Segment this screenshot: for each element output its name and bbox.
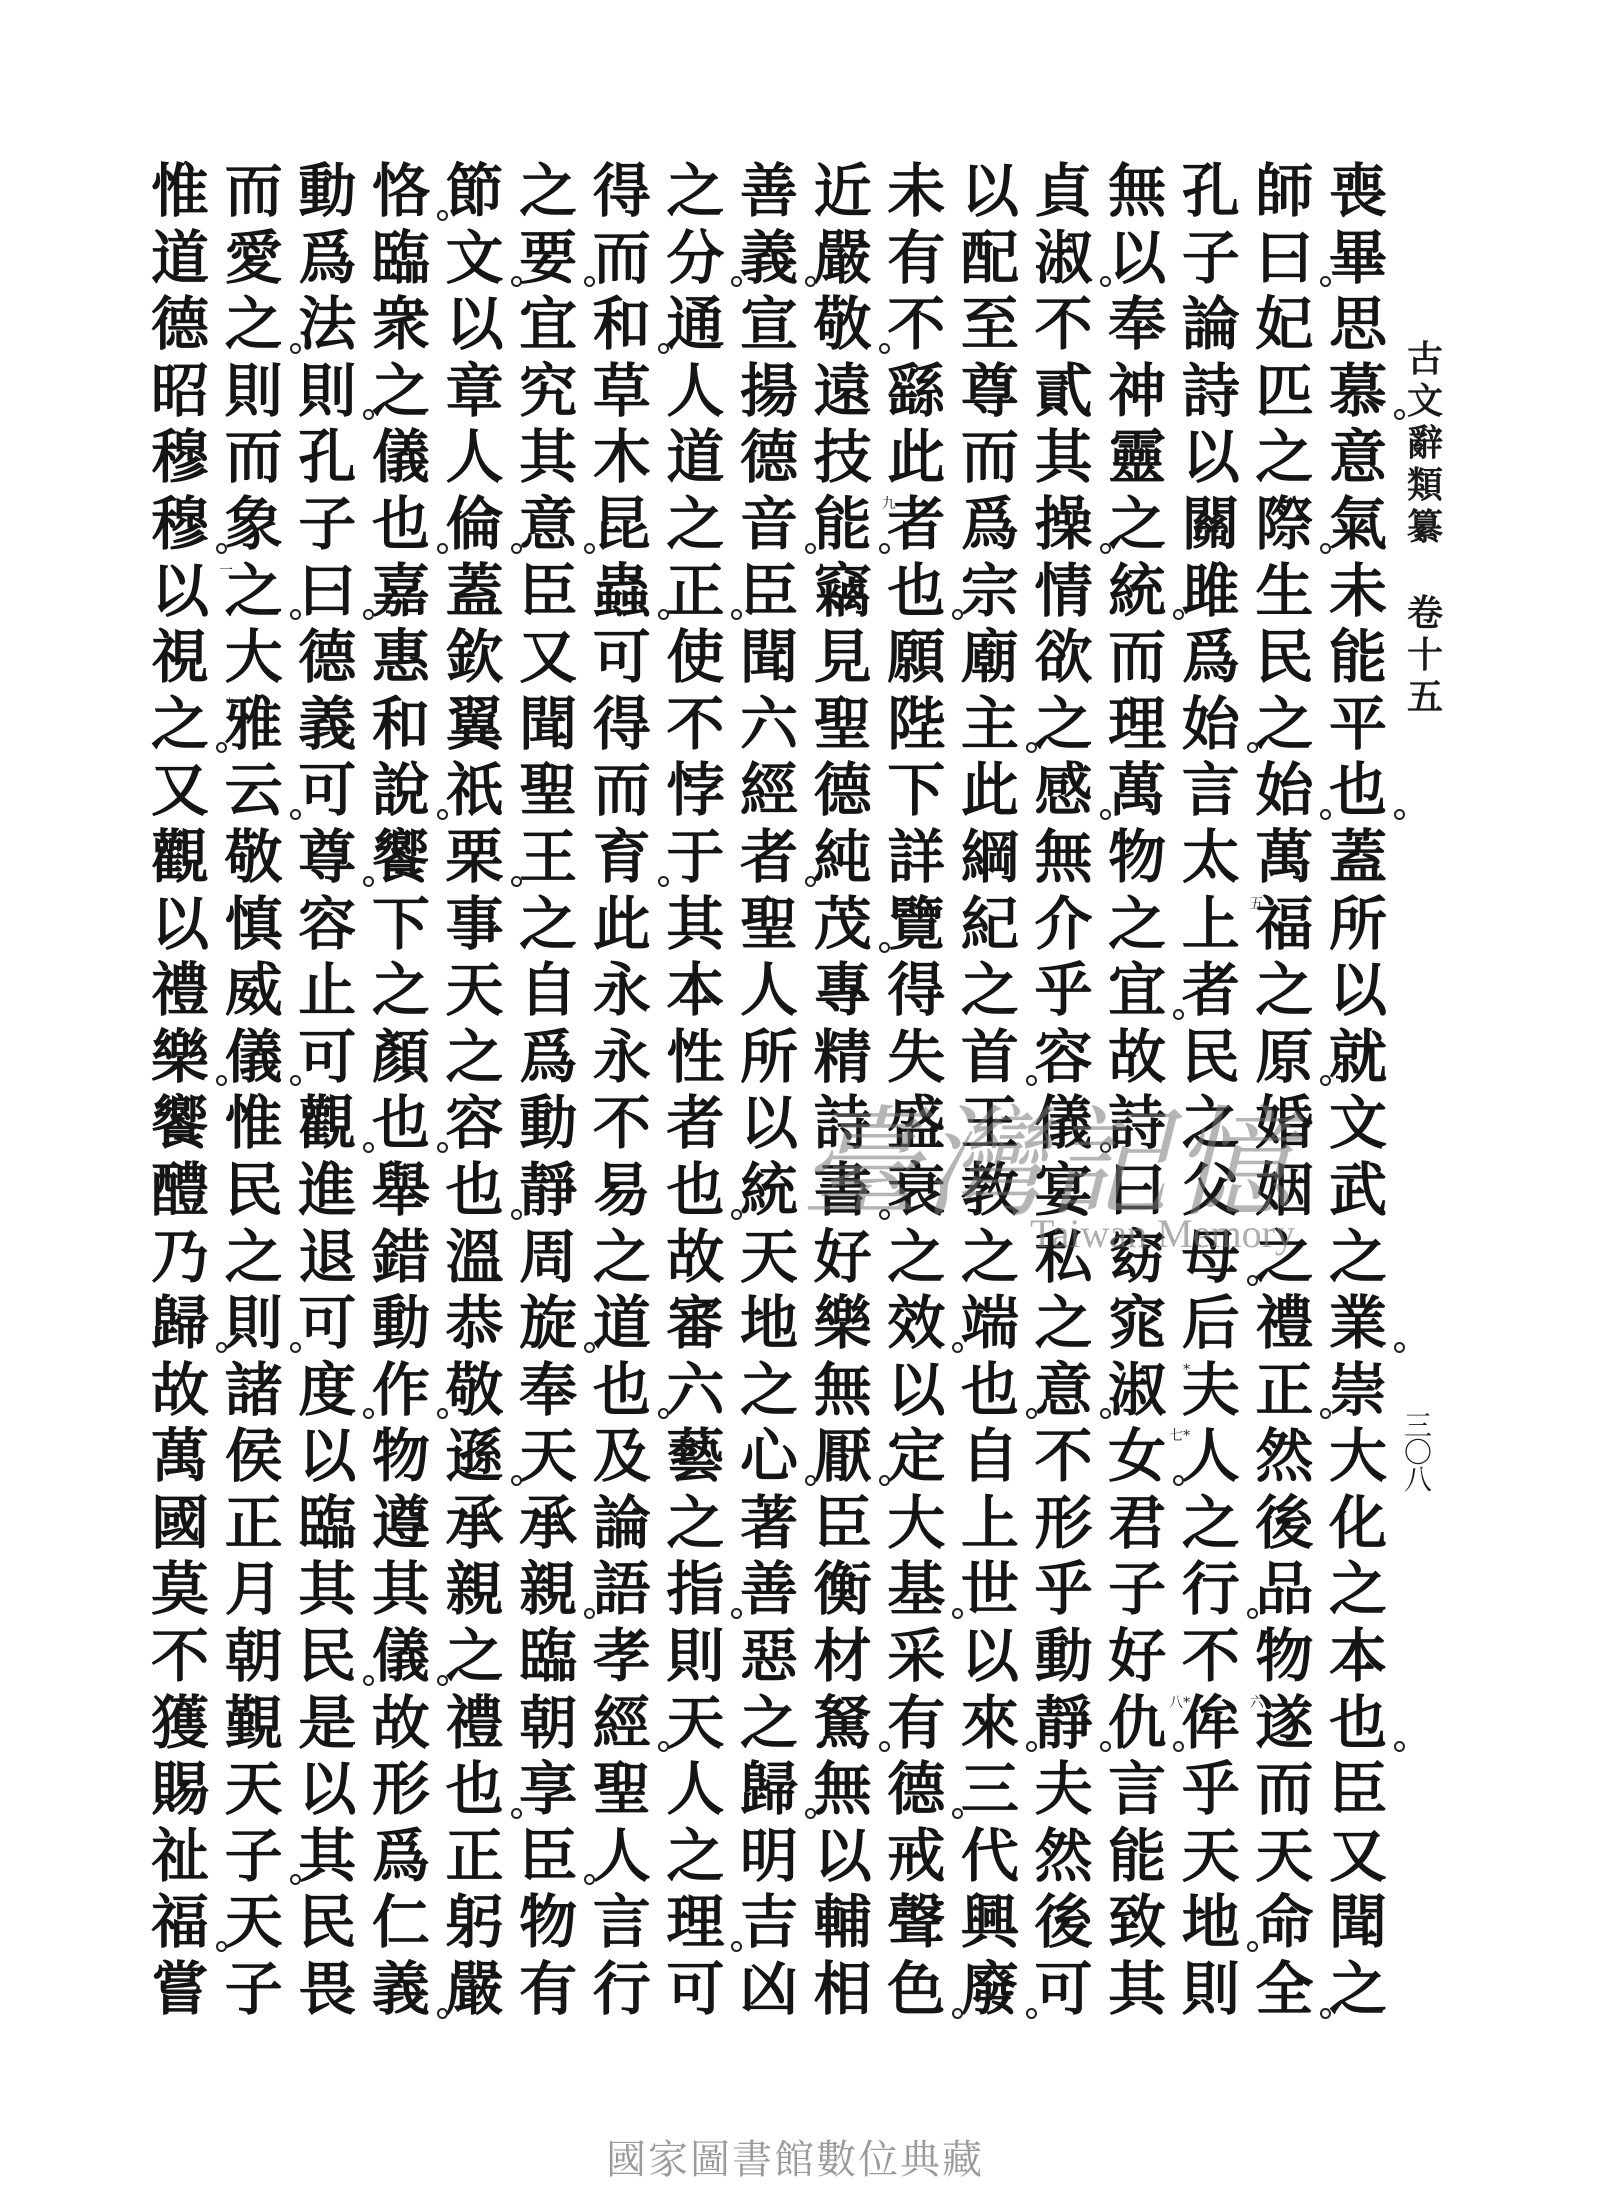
character: 之 <box>1251 424 1317 491</box>
character: 言 <box>1104 1756 1170 1823</box>
character: 之 <box>442 1024 508 1091</box>
character: 後 <box>1251 1490 1317 1557</box>
character: 者 <box>736 824 802 891</box>
punctuation-circle-icon <box>879 1209 890 1220</box>
character: 覲 <box>221 1690 287 1757</box>
annotation-mark: 一 <box>219 564 233 578</box>
character: 后 <box>1178 1290 1244 1357</box>
character: 夫 <box>1031 1756 1097 1823</box>
punctuation-circle-icon <box>1100 276 1111 287</box>
character: 凶 <box>736 1956 802 2023</box>
character: 淑 <box>1031 225 1097 292</box>
character: 著 <box>736 1490 802 1557</box>
character: 臨 <box>515 1623 581 1690</box>
character: 要 <box>515 225 581 292</box>
character: 爲 <box>515 1024 581 1091</box>
punctuation-circle-icon <box>1320 2008 1331 2019</box>
character: 嘉 <box>368 558 434 625</box>
character: 專 <box>810 957 876 1024</box>
character: 之 <box>515 158 581 225</box>
character: 節 <box>442 158 508 225</box>
character: 能 <box>1325 624 1391 691</box>
character: 願 <box>883 624 949 691</box>
character: 正 <box>662 558 728 625</box>
character: 靜 <box>515 1157 581 1224</box>
character: 然 <box>1031 1823 1097 1890</box>
character: 未 <box>1325 558 1391 625</box>
punctuation-circle-icon <box>1320 543 1331 554</box>
character: 太 <box>1178 824 1244 891</box>
character: 之 <box>736 1690 802 1757</box>
character: 淑* <box>1104 1357 1170 1424</box>
character: 子 <box>1104 1556 1170 1623</box>
character: 獲 <box>147 1690 213 1757</box>
character: 之 <box>957 1224 1023 1291</box>
character: 之 <box>883 1224 949 1291</box>
text-column: 節文以章人倫蓋欽翼祇栗事天之容也溫恭敬遜承親之禮也正躬嚴 <box>440 158 510 2023</box>
character: 靜 <box>1031 1690 1097 1757</box>
punctuation-circle-icon <box>290 1075 301 1086</box>
character: 草 <box>589 358 655 425</box>
punctuation-circle-icon <box>1394 1342 1405 1353</box>
page-number: 三〇八 <box>1400 1412 1436 1493</box>
punctuation-circle-icon <box>658 1741 669 1752</box>
character: 以 <box>957 158 1023 225</box>
character: 世 <box>957 1556 1023 1623</box>
character: 采 <box>883 1623 949 1690</box>
character: 而 <box>589 757 655 824</box>
character: 欽 <box>442 624 508 691</box>
character: 貞 <box>1031 158 1097 225</box>
character: 之 <box>957 957 1023 1024</box>
character: 昭 <box>147 358 213 425</box>
character: 妃 <box>1251 291 1317 358</box>
character: 爲 <box>368 1823 434 1890</box>
character: 之 <box>736 1357 802 1424</box>
character: 教 <box>957 1157 1023 1224</box>
character: 子 <box>221 1823 287 1890</box>
character: 分 <box>662 225 728 292</box>
character: 恪 <box>368 158 434 225</box>
character: 敬 <box>442 1357 508 1424</box>
character: 此 <box>883 424 949 491</box>
header-glyph: 纂 <box>1407 506 1443 548</box>
character: 覽 <box>883 891 949 958</box>
punctuation-circle-icon <box>1100 1741 1111 1752</box>
text-column: 惟道德昭穆穆以一視之*又觀以禮樂饗醴乃歸故萬國莫不獲賜祉福嘗 <box>145 158 215 2023</box>
character: 惠 <box>368 624 434 691</box>
character: 而 <box>221 424 287 491</box>
character: 吉 <box>736 1889 802 1956</box>
character: 可 <box>662 1956 728 2023</box>
header-glyph: 十 <box>1407 634 1443 676</box>
character: 至 <box>957 291 1023 358</box>
character: 法 <box>294 291 360 358</box>
text-column: 恪臨衆之儀也嘉惠和說饗下之顏也舉錯動作物遵其儀故形爲仁義 <box>366 158 436 2023</box>
character: 所 <box>1325 891 1391 958</box>
character: 可 <box>294 757 360 824</box>
character: 侯 <box>221 1423 287 1490</box>
character: 大 <box>221 624 287 691</box>
punctuation-circle-icon <box>731 1209 742 1220</box>
character: 進 <box>294 1157 360 1224</box>
character: 孔 <box>294 424 360 491</box>
character: 厭 <box>810 1423 876 1490</box>
character: 承 <box>442 1490 508 1557</box>
page-number-glyph: 八 <box>1404 1466 1432 1493</box>
character: 駑 <box>810 1690 876 1757</box>
character: 聞 <box>1325 1889 1391 1956</box>
character: 仁 <box>368 1889 434 1956</box>
character: 子 <box>221 1956 287 2023</box>
text-column: 無以奉神靈之統而理萬物之宜故詩曰窈窕淑*女七*君子好仇八*言能致其 <box>1102 158 1172 2023</box>
character: 以 <box>294 1756 360 1823</box>
character: 基 <box>883 1556 949 1623</box>
character: 民 <box>294 1623 360 1690</box>
character: 畏 <box>294 1956 360 2023</box>
character: 道 <box>589 1290 655 1357</box>
character: 義 <box>736 225 802 292</box>
character: 觀 <box>147 824 213 891</box>
character: 之* <box>147 691 213 758</box>
character: 際 <box>1251 491 1317 558</box>
character: 定 <box>883 1423 949 1490</box>
character: 則 <box>221 358 287 425</box>
character: 而 <box>221 158 287 225</box>
character: 也 <box>368 491 434 558</box>
character: 動 <box>368 1290 434 1357</box>
character: 動 <box>515 1090 581 1157</box>
character: 無 <box>810 1756 876 1823</box>
punctuation-circle-icon <box>879 543 890 554</box>
character: 萬 <box>1251 824 1317 891</box>
punctuation-circle-icon <box>658 609 669 620</box>
character: 天 <box>221 1889 287 1956</box>
punctuation-circle-icon <box>511 543 522 554</box>
character: 人 <box>662 1756 728 1823</box>
punctuation-circle-icon <box>879 343 890 354</box>
character: 儀 <box>1031 1090 1097 1157</box>
character: 之 <box>515 891 581 958</box>
annotation-mark: 九 <box>882 497 896 511</box>
character: 說 <box>368 757 434 824</box>
character: 失 <box>883 1024 949 1091</box>
punctuation-circle-icon <box>363 1675 374 1686</box>
character: 其 <box>1031 424 1097 491</box>
character: 女七* <box>1104 1423 1170 1490</box>
character: 畢 <box>1325 225 1391 292</box>
character: 精 <box>810 1024 876 1091</box>
character: 輔 <box>810 1889 876 1956</box>
character: 乎 <box>1031 1556 1097 1623</box>
character: 祉 <box>147 1823 213 1890</box>
character: 蟲 <box>589 558 655 625</box>
character: 德 <box>294 624 360 691</box>
character: 物 <box>1251 1623 1317 1690</box>
character: 宣 <box>736 291 802 358</box>
character: 饗 <box>147 1090 213 1157</box>
character: 色 <box>883 1956 949 2023</box>
character: 正 <box>1251 1357 1317 1424</box>
punctuation-circle-icon <box>437 809 448 820</box>
text-column: 之分通人道之正使不悖于其本性者也故審六藝之指則天人之理可 <box>660 158 730 2023</box>
character: 本 <box>662 957 728 1024</box>
character: 原 <box>1251 1024 1317 1091</box>
character: 聲 <box>883 1889 949 1956</box>
annotation-mark: 七* <box>1169 1429 1190 1443</box>
character: 以 <box>442 291 508 358</box>
character: 不 <box>662 691 728 758</box>
character: 上五 <box>1178 891 1244 958</box>
character: 自 <box>515 957 581 1024</box>
character: 文 <box>442 225 508 292</box>
text-column: 貞淑不貳其操情欲之感無介乎容儀宴私之意不形乎動靜夫然後可 <box>1029 158 1099 2023</box>
character: 六 <box>662 1357 728 1424</box>
character: 敬 <box>221 824 287 891</box>
character: 經 <box>589 1690 655 1757</box>
character: 母 <box>1178 1224 1244 1291</box>
character: 祇 <box>442 757 508 824</box>
character: 操 <box>1031 491 1097 558</box>
character: 儀 <box>221 1024 287 1091</box>
character: 蓋 <box>442 558 508 625</box>
character: 其 <box>515 424 581 491</box>
character: 德 <box>883 1756 949 1823</box>
punctuation-circle-icon <box>805 876 816 887</box>
character: 象 <box>221 491 287 558</box>
character: 敬 <box>810 291 876 358</box>
punctuation-circle-icon <box>1394 809 1405 820</box>
character: 其 <box>368 1556 434 1623</box>
character: 詩 <box>1104 1090 1170 1157</box>
character: 無 <box>1104 158 1170 225</box>
punctuation-circle-icon <box>216 543 227 554</box>
punctuation-circle-icon <box>437 1142 448 1153</box>
character: 理 <box>1104 691 1170 758</box>
annotation-mark: 五 <box>1250 897 1264 911</box>
character: 聖 <box>515 757 581 824</box>
character: 歸 <box>736 1756 802 1823</box>
punctuation-circle-icon <box>1100 1142 1111 1153</box>
character: 道 <box>662 424 728 491</box>
character: 關 <box>1178 491 1244 558</box>
character: 倫 <box>442 491 508 558</box>
character: 正 <box>221 1490 287 1557</box>
character: 音 <box>736 491 802 558</box>
character: 揚 <box>736 358 802 425</box>
character: 儀 <box>368 1623 434 1690</box>
punctuation-circle-icon <box>216 1941 227 1952</box>
character: 所 <box>736 1024 802 1091</box>
character: 無 <box>810 1357 876 1424</box>
character: 臣 <box>515 1823 581 1890</box>
character: 窕 <box>1104 1290 1170 1357</box>
character: 宴 <box>1031 1157 1097 1224</box>
character: 之 <box>662 158 728 225</box>
character: 平 <box>1325 691 1391 758</box>
punctuation-circle-icon <box>1247 1275 1258 1286</box>
character: 諸 <box>221 1357 287 1424</box>
character: 形 <box>1031 1490 1097 1557</box>
punctuation-circle-icon <box>658 1408 669 1419</box>
character: 三 <box>957 1756 1023 1823</box>
character: 者 <box>662 1090 728 1157</box>
character: 也 <box>368 1090 434 1157</box>
header-glyph: 類 <box>1407 464 1443 506</box>
character: 情 <box>1031 558 1097 625</box>
character: 聞 <box>736 624 802 691</box>
character: 純 <box>810 824 876 891</box>
character: 德 <box>147 291 213 358</box>
character: 故 <box>368 1690 434 1757</box>
text-column: 動爲法則孔子曰德義可尊容止可觀進退可度以臨其民是以其民畏 <box>292 158 362 2023</box>
text-column: 得而和草木昆蟲可得而育此永永不易之道也及論語孝經聖人言行 <box>587 158 657 2023</box>
character: 物 <box>515 1889 581 1956</box>
character: 故 <box>147 1357 213 1424</box>
character: 于 <box>662 824 728 891</box>
character: 之 <box>1325 1224 1391 1291</box>
character: 廢 <box>957 1956 1023 2023</box>
character: 饗 <box>368 824 434 891</box>
character: 臨 <box>294 1490 360 1557</box>
punctuation-circle-icon <box>363 876 374 887</box>
character: 品 <box>1251 1556 1317 1623</box>
character: 正 <box>442 1823 508 1890</box>
character: 私 <box>1031 1224 1097 1291</box>
punctuation-circle-icon <box>437 1675 448 1686</box>
character: 和 <box>368 691 434 758</box>
character: 形 <box>368 1756 434 1823</box>
character: 善 <box>736 1556 802 1623</box>
character: 德 <box>810 757 876 824</box>
character: 恭 <box>442 1290 508 1357</box>
character: 論 <box>589 1490 655 1557</box>
character: 衰 <box>883 1157 949 1224</box>
character: 君 <box>1104 1490 1170 1557</box>
character: 又 <box>515 624 581 691</box>
character: 能 <box>1104 1823 1170 1890</box>
character: 衡 <box>810 1556 876 1623</box>
character: 通 <box>662 291 728 358</box>
punctuation-circle-icon <box>1247 1941 1258 1952</box>
punctuation-circle-icon <box>511 1808 522 1819</box>
character: 民 <box>1178 1024 1244 1091</box>
character: 儀 <box>368 424 434 491</box>
character: 人 <box>442 424 508 491</box>
character: 觀 <box>294 1090 360 1157</box>
character: 穆 <box>147 424 213 491</box>
character: 經 <box>736 757 802 824</box>
character: 人 <box>589 1823 655 1890</box>
character: 命 <box>1251 1889 1317 1956</box>
character: 婚 <box>1251 1090 1317 1157</box>
punctuation-circle-icon <box>1247 1608 1258 1619</box>
character: 之 <box>221 291 287 358</box>
character: 以一 <box>147 558 213 625</box>
character: 也 <box>662 1157 728 1224</box>
character: 端 <box>957 1290 1023 1357</box>
character: 聖 <box>589 1756 655 1823</box>
character: 則 <box>662 1623 728 1690</box>
character: 嚴 <box>442 1956 508 2023</box>
character: 下 <box>883 757 949 824</box>
character: 惡 <box>736 1623 802 1690</box>
character: 審 <box>662 1290 728 1357</box>
punctuation-circle-icon <box>1100 809 1111 820</box>
character: 乎 <box>1178 1756 1244 1823</box>
character: 天 <box>1251 1823 1317 1890</box>
character: 王 <box>957 1090 1023 1157</box>
character: 配 <box>957 225 1023 292</box>
text-column: 未有不繇此者也願陛下詳覽得失盛衰之效以定大基采有德戒聲色 <box>881 158 951 2023</box>
character: 昆 <box>589 491 655 558</box>
character: 永 <box>589 957 655 1024</box>
punctuation-circle-icon <box>1100 543 1111 554</box>
character: 意 <box>1325 424 1391 491</box>
character: 月 <box>221 1556 287 1623</box>
character: 德 <box>736 424 802 491</box>
character: 尊 <box>294 824 360 891</box>
page-number-glyph: 三 <box>1404 1412 1432 1439</box>
character: 衆 <box>368 291 434 358</box>
character: 之 <box>442 1623 508 1690</box>
character: 之 <box>1251 691 1317 758</box>
character: 好 <box>810 1224 876 1291</box>
character: 有 <box>883 225 949 292</box>
text-column: 師曰妃匹之際生民之始萬福之原婚姻之禮正然後品物遂而天命全 <box>1249 158 1319 2023</box>
character: 爲 <box>957 491 1023 558</box>
punctuation-circle-icon <box>658 876 669 887</box>
character: 得 <box>589 158 655 225</box>
character: 材 <box>810 1623 876 1690</box>
character: 也 <box>957 1357 1023 1424</box>
character: 上 <box>957 1490 1023 1557</box>
character: 本 <box>1325 1623 1391 1690</box>
character: 之 <box>589 1224 655 1291</box>
character: 氣 <box>1325 491 1391 558</box>
character: 親 <box>442 1556 508 1623</box>
character: 作 <box>368 1357 434 1424</box>
character: 民 <box>1251 624 1317 691</box>
character: 事 <box>442 891 508 958</box>
character: 統 <box>1104 558 1170 625</box>
character: 效 <box>883 1290 949 1357</box>
punctuation-circle-icon <box>658 343 669 354</box>
punctuation-circle-icon <box>290 1342 301 1353</box>
character: 以 <box>1325 957 1391 1024</box>
punctuation-circle-icon <box>437 210 448 221</box>
character: 可 <box>589 624 655 691</box>
punctuation-circle-icon <box>805 543 816 554</box>
character: 民 <box>294 1889 360 1956</box>
character: 以 <box>883 1357 949 1424</box>
punctuation-circle-icon <box>879 942 890 953</box>
character: 人 <box>662 358 728 425</box>
character: 躬 <box>442 1889 508 1956</box>
character: 止 <box>294 957 360 1024</box>
character: 興 <box>957 1889 1023 1956</box>
character: 靈 <box>1104 424 1170 491</box>
character: 嚴 <box>810 225 876 292</box>
character: 奉 <box>1104 291 1170 358</box>
character: 也 <box>1325 757 1391 824</box>
character: 其 <box>1104 1956 1170 2023</box>
punctuation-circle-icon <box>1173 1475 1184 1486</box>
character: 易 <box>589 1157 655 1224</box>
character: 禮 <box>442 1690 508 1757</box>
character: 育 <box>589 824 655 891</box>
character: 無 <box>1031 824 1097 891</box>
